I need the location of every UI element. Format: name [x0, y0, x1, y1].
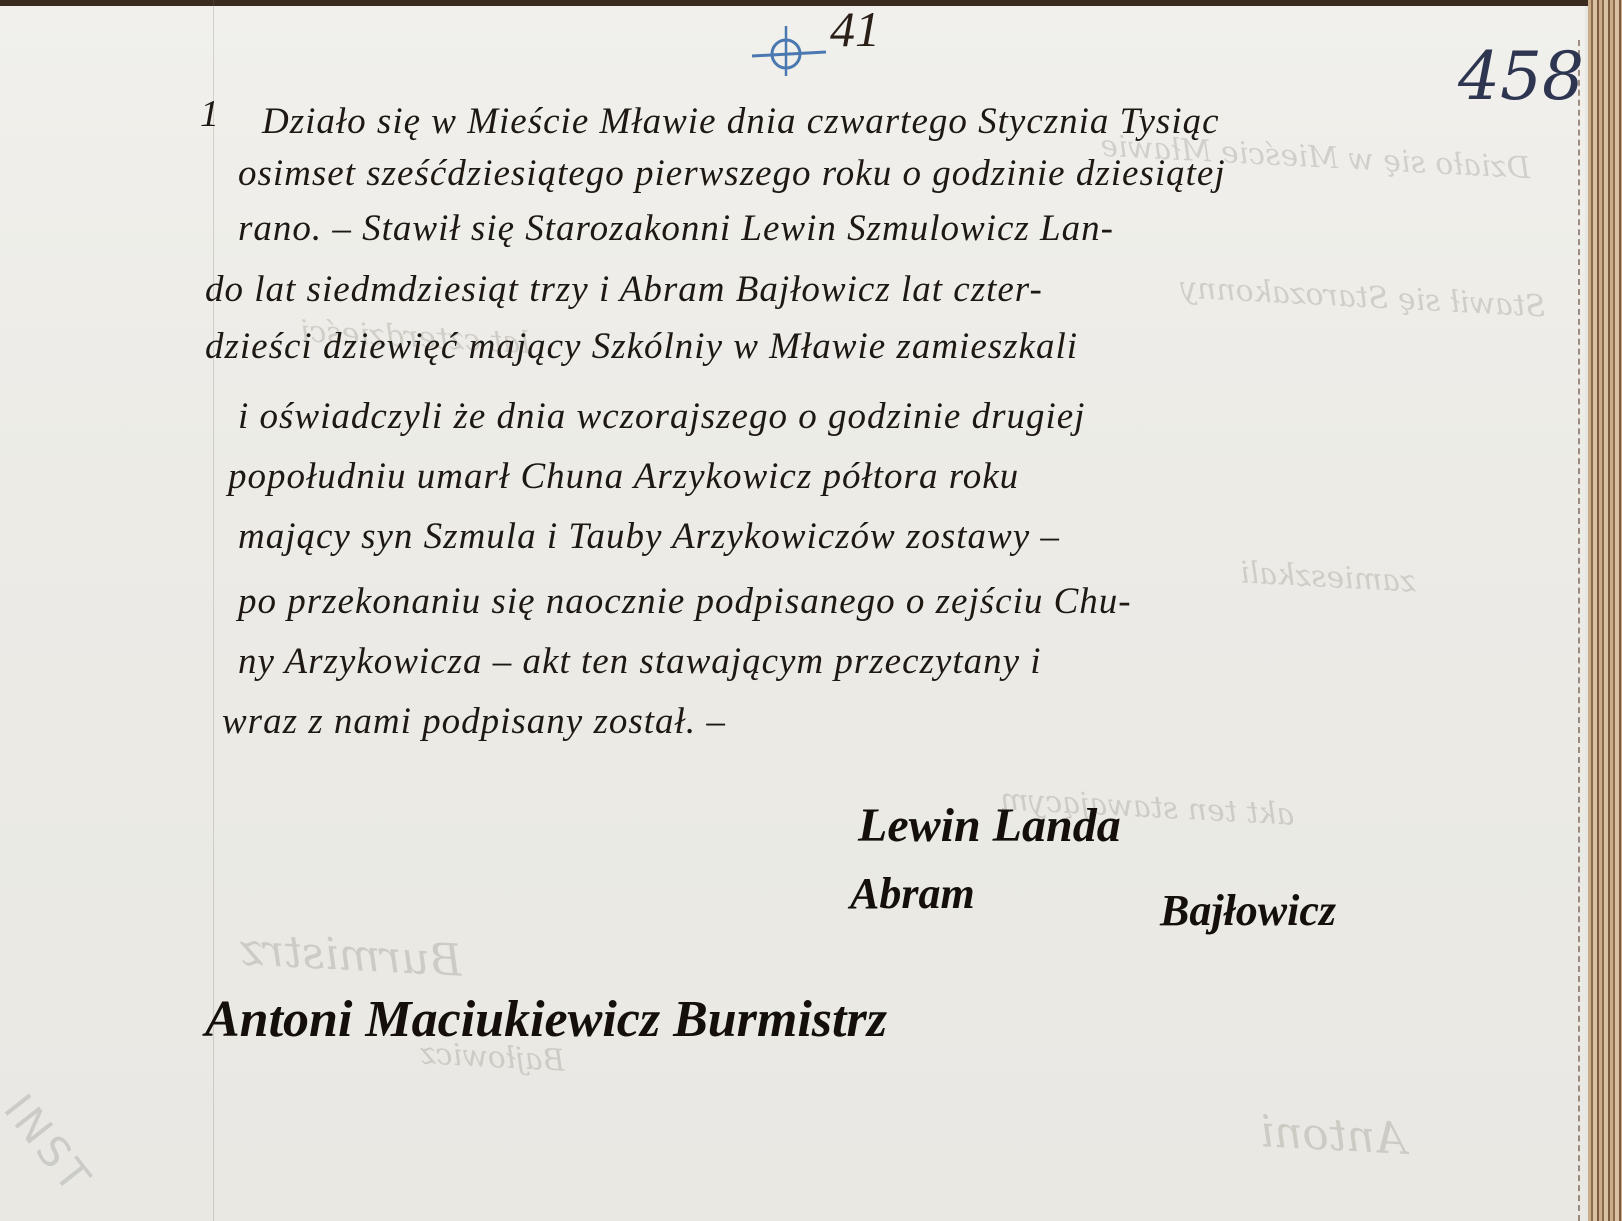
record-line-3: rano. – Stawił się Starozakonni Lewin Sz… [238, 207, 1114, 250]
record-line-2: osimset sześćdziesiątego pierwszego roku… [238, 152, 1226, 195]
record-line-6: i oświadczyli że dnia wczorajszego o god… [238, 395, 1085, 438]
signature-official: Antoni Maciukiewicz Burmistrz [205, 990, 887, 1049]
right-margin-rule [1578, 40, 1582, 1221]
record-line-10: ny Arzykowicza – akt ten stawającym prze… [238, 640, 1042, 683]
record-line-11: wraz z nami podpisany został. – [222, 700, 726, 743]
bleed-through-text: Antoni [1259, 1106, 1408, 1165]
record-line-1: Działo się w Mieście Mławie dnia czwarte… [262, 100, 1220, 143]
signature-witness-2-first: Abram [850, 868, 975, 919]
book-binding-edge [1588, 0, 1622, 1221]
signature-witness-2-last: Bajłowicz [1160, 885, 1336, 936]
signature-witness-1: Lewin Landa [858, 798, 1121, 853]
record-line-9: po przekonaniu się naocznie podpisanego … [238, 580, 1132, 623]
page-top-edge [0, 0, 1622, 6]
page-number: 458 [1458, 38, 1584, 115]
record-line-5: dzieści dziewięć mający Szkólniy w Mławi… [205, 325, 1078, 368]
entry-number: 1 [200, 92, 219, 136]
record-line-4: do lat siedmdziesiąt trzy i Abram Bajłow… [205, 268, 1043, 311]
pencil-circle-cross-icon [748, 18, 828, 78]
top-notation: 41 [830, 0, 880, 58]
record-line-8: mający syn Szmula i Tauby Arzykowiczów z… [238, 515, 1060, 558]
record-line-7: popołudniu umarł Chuna Arzykowicz półtor… [228, 455, 1019, 498]
